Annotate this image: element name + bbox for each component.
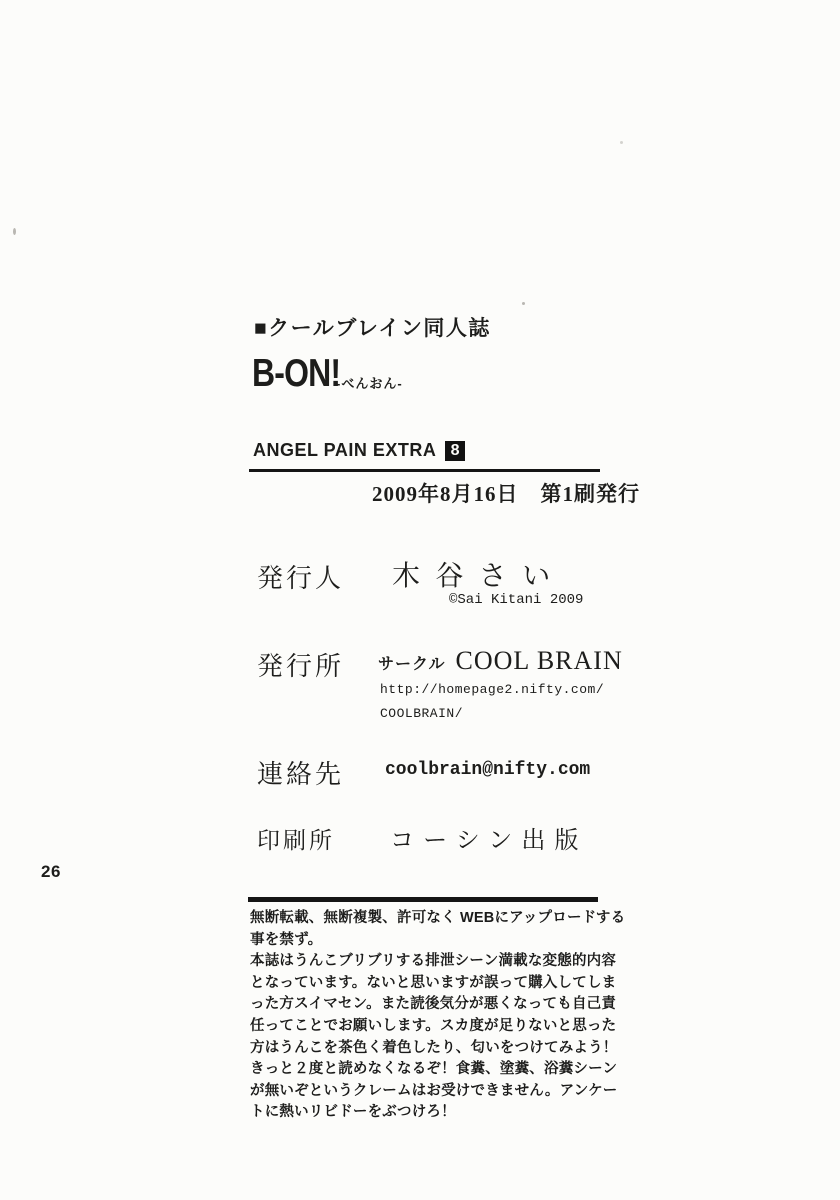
circle-prefix: サークル xyxy=(378,651,446,674)
publisher-name: 木谷さい xyxy=(392,554,566,594)
book-title-block: B-ON! -べんおん- xyxy=(252,352,360,398)
series-number-badge: 8 xyxy=(445,441,465,461)
circle-row: サークル COOL BRAIN xyxy=(378,646,623,676)
disclaimer-line: 方はうんこを茶色く着色したり、匂いをつけてみよう！ xyxy=(250,1038,610,1060)
print-date: 2009年8月16日 第1刷発行 xyxy=(372,478,640,508)
divider-line xyxy=(249,469,600,472)
disclaimer-line: 任ってことでお願いします。スカ度が足りないと思った xyxy=(250,1016,610,1038)
series-name: ANGEL PAIN EXTRA xyxy=(253,440,436,461)
scanned-colophon-page: ■クールブレイン同人誌 B-ON! -べんおん- ANGEL PAIN EXTR… xyxy=(0,0,840,1200)
disclaimer-line: となっています。ないと思いますが誤って購入してしま xyxy=(250,973,610,995)
scan-speck xyxy=(13,228,16,235)
website-url-line2: COOLBRAIN/ xyxy=(380,706,463,721)
contact-email: coolbrain@nifty.com xyxy=(385,760,590,780)
page-number: 26 xyxy=(41,862,61,882)
disclaimer-line: った方スイマセン。また読後気分が悪くなっても自己責 xyxy=(250,994,610,1016)
disclaimer-line: 本誌はうんこブリブリする排泄シーン満載な変態的内容 xyxy=(250,951,610,973)
book-title-ruby: -べんおん- xyxy=(336,373,403,392)
scan-speck xyxy=(522,302,525,305)
contact-label: 連絡先 xyxy=(257,754,344,791)
disclaimer-line: トに熱いリビドーをぶつけろ！ xyxy=(250,1102,610,1124)
disclaimer-line: 事を禁ず。 xyxy=(250,930,610,952)
copyright-notice: ©Sai Kitani 2009 xyxy=(449,592,583,608)
scan-speck xyxy=(620,141,623,144)
website-url-line1: http://homepage2.nifty.com/ xyxy=(380,682,604,697)
publishing-office-label: 発行所 xyxy=(257,646,344,683)
divider-line-thick xyxy=(248,897,598,902)
publisher-label: 発行人 xyxy=(257,558,344,595)
printer-name: コーシン出版 xyxy=(390,820,588,855)
circle-series-label: ■クールブレイン同人誌 xyxy=(254,312,491,342)
series-number-row: ANGEL PAIN EXTRA 8 xyxy=(253,440,465,461)
printer-label: 印刷所 xyxy=(257,822,335,855)
circle-name: COOL BRAIN xyxy=(456,646,623,676)
disclaimer-line: 無断転載、無断複製、許可なく WEBにアップロードする xyxy=(250,908,610,930)
book-title: B-ON! xyxy=(252,352,340,396)
disclaimer-block: 無断転載、無断複製、許可なく WEBにアップロードする 事を禁ず。 本誌はうんこ… xyxy=(250,908,610,1124)
disclaimer-line: きっと２度と読めなくなるぞ！食糞、塗糞、浴糞シーン xyxy=(250,1059,610,1081)
disclaimer-line: が無いぞというクレームはお受けできません。アンケー xyxy=(250,1081,610,1103)
